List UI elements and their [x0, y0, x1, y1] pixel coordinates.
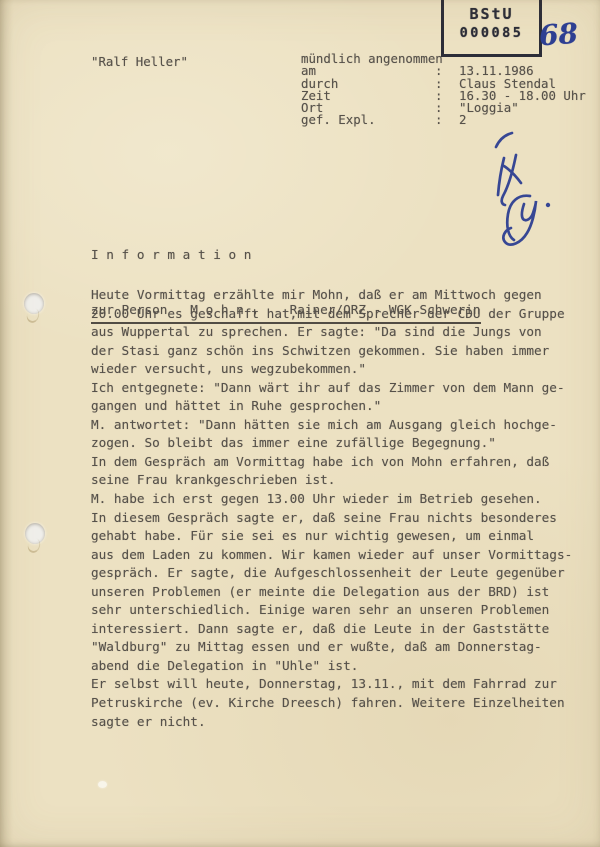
body-line: aus Wuppertal zu sprechen. Er sagte: "Da…: [91, 323, 572, 342]
meta-place-value: "Loggia": [459, 102, 519, 114]
body-line: Petruskirche (ev. Kirche Dreesch) fahren…: [91, 694, 572, 713]
paper-speck: [98, 781, 107, 788]
handwritten-folio-number: 68: [538, 17, 579, 53]
body-line: Ich entgegnete: "Dann wärt ihr auf das Z…: [91, 379, 572, 398]
bstu-archive-stamp: BStU 000085: [441, 0, 542, 57]
body-line: "Waldburg" zu Mittag essen und er wußte,…: [91, 638, 572, 657]
body-line: seine Frau krankgeschrieben ist.: [91, 471, 572, 490]
report-body: Heute Vormittag erzählte mir Mohn, daß e…: [91, 286, 572, 731]
title-information-line: I n f o r m a t i o n: [91, 246, 481, 264]
pen-paraphe-dot: [546, 203, 550, 207]
meta-received-label: mündlich angenommen: [301, 53, 443, 65]
body-line: M. habe ich erst gegen 13.00 Uhr wieder …: [91, 490, 572, 509]
body-line: gespräch. Er sagte, die Aufgeschlossenhe…: [91, 564, 572, 583]
body-line: interessiert. Dann sagte er, daß die Leu…: [91, 620, 572, 639]
body-line: der Stasi ganz schön ins Schwitzen gekom…: [91, 342, 572, 361]
scanned-document-page: BStU 000085 68 "Ralf Heller" mündlich an…: [0, 0, 600, 847]
punch-hole: [25, 523, 45, 544]
body-line: zogen. So bleibt das immer eine zufällig…: [91, 434, 572, 453]
body-line: aus dem Laden zu kommen. Wir kamen wiede…: [91, 546, 572, 565]
meta-copies-value: 2: [459, 114, 466, 126]
meta-colon: :: [435, 114, 459, 126]
source-codename: "Ralf Heller": [91, 54, 188, 69]
body-line: unseren Problemen (er meinte die Delegat…: [91, 583, 572, 602]
body-line: wieder versucht, uns wegzubekommen.": [91, 360, 572, 379]
body-line: abend die Delegation in "Uhle" ist.: [91, 657, 572, 676]
body-line: gangen und hättet in Ruhe gesprochen.": [91, 397, 572, 416]
meta-row-received: mündlich angenommen: [301, 53, 586, 65]
meta-row-time: Zeit : 16.30 - 18.00 Uhr: [301, 90, 586, 102]
meta-copies-label: gef. Expl.: [301, 114, 435, 126]
body-line: gehabt habe. Für sie sei es nur wichtig …: [91, 527, 572, 546]
body-line: sehr unterschiedlich. Einige waren sehr …: [91, 601, 572, 620]
stamp-agency-name: BStU: [444, 5, 539, 23]
body-line: In diesem Gespräch sagte er, daß seine F…: [91, 509, 572, 528]
body-line: M. antwortet: "Dann hätten sie mich am A…: [91, 416, 572, 435]
body-line: In dem Gespräch am Vormittag habe ich vo…: [91, 453, 572, 472]
body-line: sagte er nicht.: [91, 713, 572, 732]
body-line: Er selbst will heute, Donnerstag, 13.11.…: [91, 675, 572, 694]
pen-dash-stroke: [496, 133, 512, 147]
punch-hole: [24, 293, 44, 314]
reception-meta-block: mündlich angenommen am : 13.11.1986 durc…: [301, 53, 586, 127]
handwritten-annotation: [480, 125, 575, 260]
stamp-page-number: 000085: [444, 25, 539, 41]
pen-numeral-i-stroke: [498, 158, 504, 195]
body-line: 20.00 Uhr es geschafft hat,mit dem Sprec…: [91, 305, 572, 324]
body-line: Heute Vormittag erzählte mir Mohn, daß e…: [91, 286, 572, 305]
